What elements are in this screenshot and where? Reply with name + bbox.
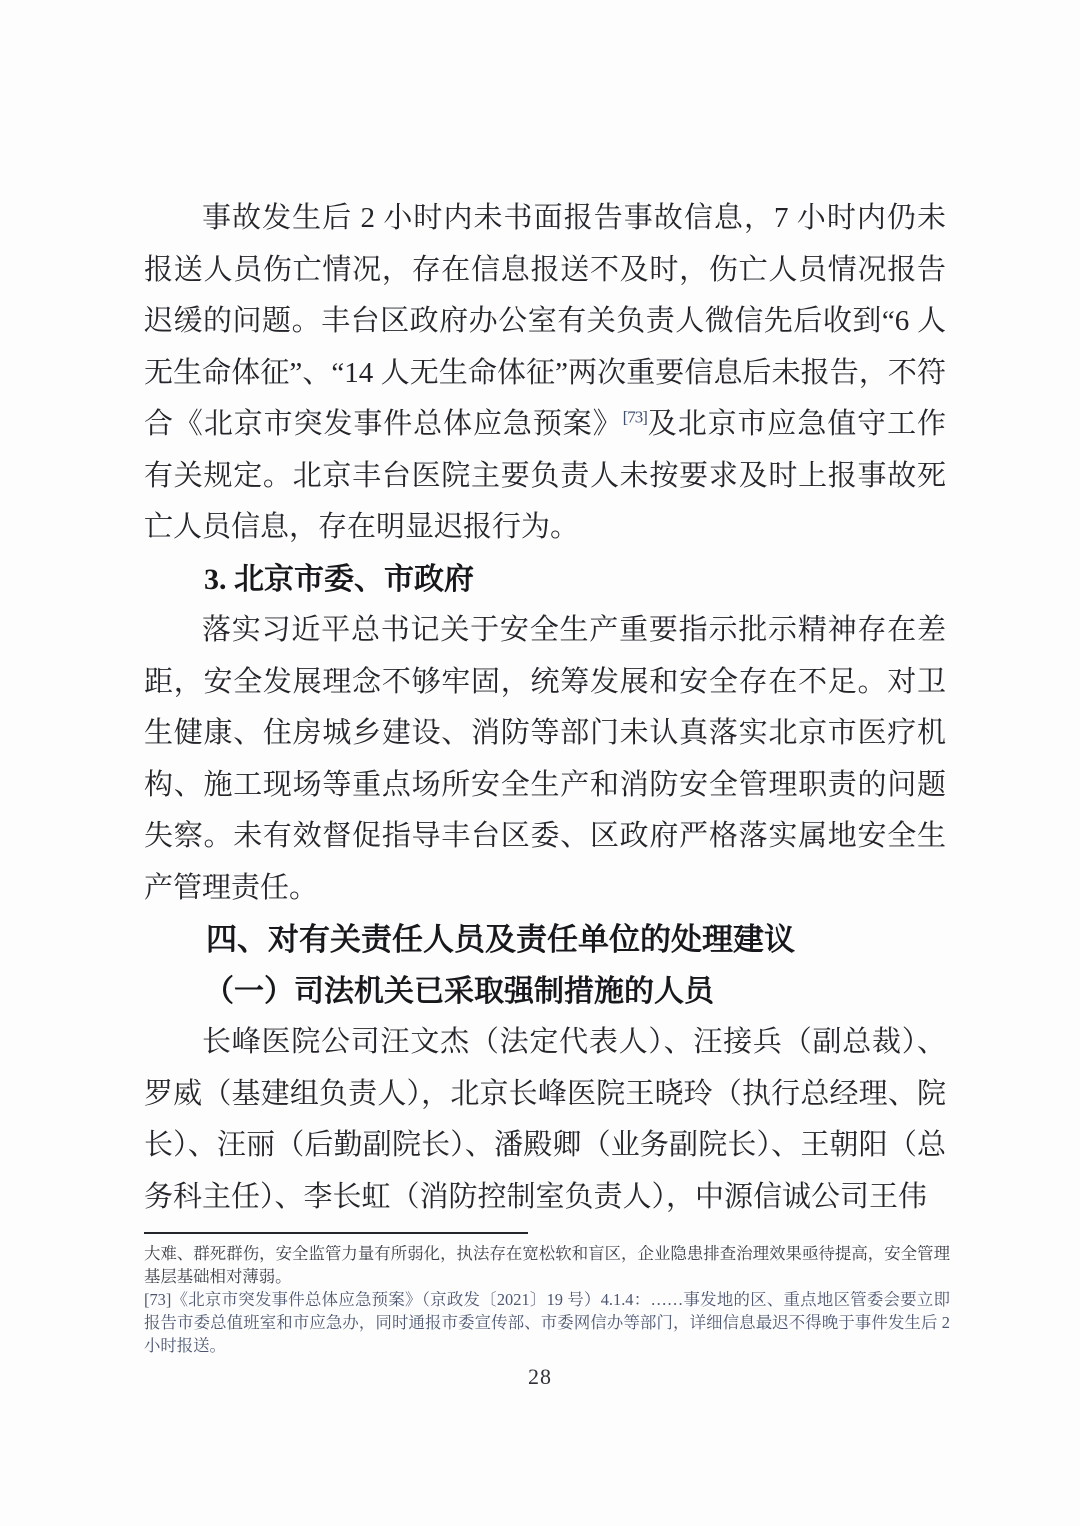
footnote-continued-from-previous-page: 大难、群死群伤，安全监管力量有所弱化，执法存在宽松软和盲区，企业隐患排查治理效果… xyxy=(144,1242,950,1288)
part-heading-4-handling-recommendations: 四、对有关责任人员及责任单位的处理建议 xyxy=(144,914,946,966)
paragraph-incident-reporting: 事故发生后 2 小时内未书面报告事故信息，7 小时内仍未报送人员伤亡情况，存在信… xyxy=(144,193,946,554)
document-page: 事故发生后 2 小时内未书面报告事故信息，7 小时内仍未报送人员伤亡情况，存在信… xyxy=(0,0,1080,1526)
footnote-ref-73: [73] xyxy=(623,407,647,426)
footnote-separator-line xyxy=(144,1232,528,1234)
footnote-block: 大难、群死群伤，安全监管力量有所弱化，执法存在宽松软和盲区，企业隐患排查治理效果… xyxy=(144,1242,950,1357)
paragraph-detained-persons-list: 长峰医院公司汪文杰（法定代表人）、汪接兵（副总裁）、罗威（基建组负责人），北京长… xyxy=(144,1017,946,1223)
paragraph-incident-reporting-text: 事故发生后 2 小时内未书面报告事故信息，7 小时内仍未报送人员伤亡情况，存在信… xyxy=(144,202,946,440)
subsection-heading-4-1-judicial-measures: （一）司法机关已采取强制措施的人员 xyxy=(144,966,946,1018)
section-heading-3-beijing-municipal: 3. 北京市委、市政府 xyxy=(144,554,946,606)
main-text-column: 事故发生后 2 小时内未书面报告事故信息，7 小时内仍未报送人员伤亡情况，存在信… xyxy=(144,193,946,1223)
paragraph-municipal-government-findings: 落实习近平总书记关于安全生产重要指示批示精神存在差距，安全发展理念不够牢固，统筹… xyxy=(144,605,946,914)
footnote-73-text: [73]《北京市突发事件总体应急预案》（京政发〔2021〕19 号）4.1.4：… xyxy=(144,1288,950,1357)
page-number: 28 xyxy=(0,1364,1080,1390)
